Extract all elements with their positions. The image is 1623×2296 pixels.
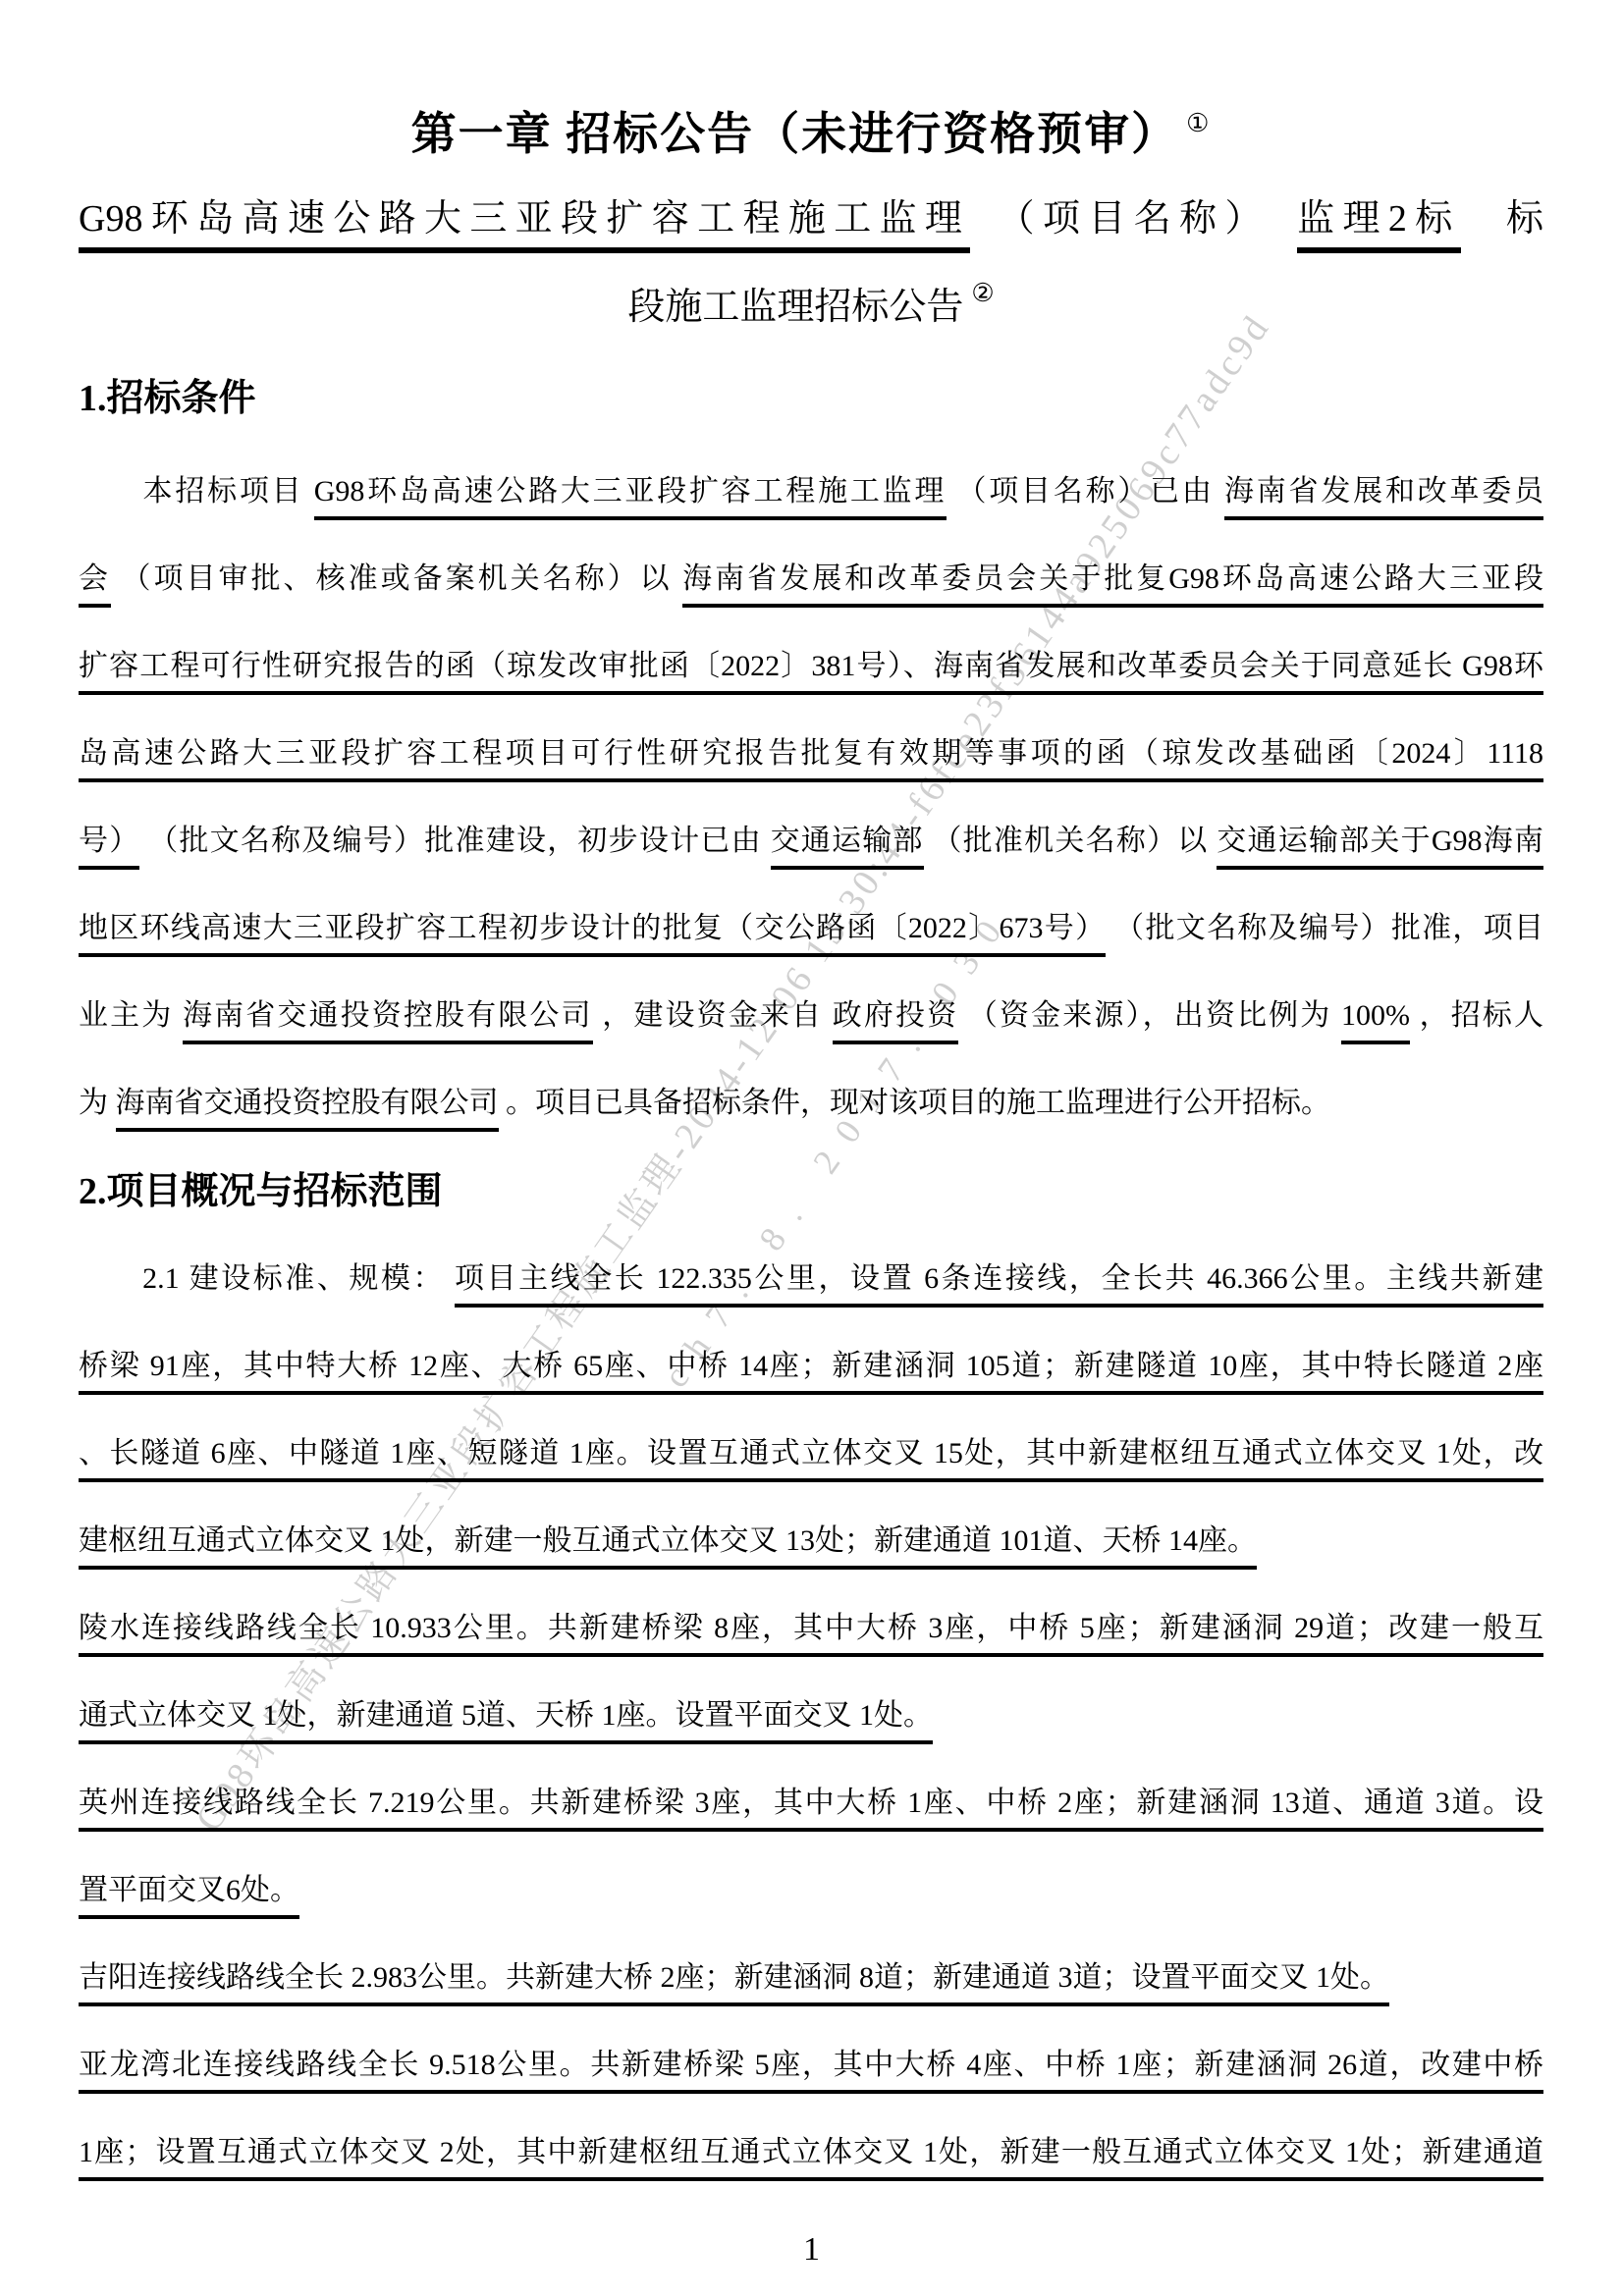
text-line: 通式立体交叉 1处，新建通道 5道、天桥 1座。设置平面交叉 1处。 — [79, 1694, 1543, 1782]
fill-in-value: 海南省发展和改革委员 — [1224, 475, 1543, 520]
text-line: 本招标项目 G98环岛高速公路大三亚段扩容工程施工监理 （项目名称）已由 海南省… — [79, 470, 1543, 558]
text-line: 置平面交叉6处。 — [79, 1869, 1543, 1956]
fill-in-value: 号） — [79, 825, 139, 870]
text-run: 本招标项目 — [79, 475, 314, 507]
fill-in-value: 海南省交通投资控股有限公司 — [183, 999, 593, 1044]
fill-in-value: 海南省交通投资控股有限公司 — [116, 1087, 499, 1132]
section-1-heading: 1.招标条件 — [79, 378, 1543, 419]
fill-in-value: 置平面交叉6处。 — [79, 1874, 299, 1919]
section-1-paragraph: 本招标项目 G98环岛高速公路大三亚段扩容工程施工监理 （项目名称）已由 海南省… — [79, 470, 1543, 1169]
text-line: 1座；设置互通式立体交叉 2处，其中新建枢纽互通式立体交叉 1处，新建一般互通式… — [79, 2131, 1543, 2218]
text-line: 地区环线高速大三亚段扩容工程初步设计的批复（交公路函〔2022〕673号） （批… — [79, 907, 1543, 994]
text-line: 英州连接线路线全长 7.219公里。共新建桥梁 3座，其中大桥 1座、中桥 2座… — [79, 1782, 1543, 1869]
text-line: 业主为 海南省交通投资控股有限公司 ，建设资金来自 政府投资 （资金来源），出资… — [79, 994, 1543, 1082]
text-run: ，招标人 — [1410, 999, 1543, 1032]
project-title-tail: 段施工监理招标公告② — [79, 268, 1543, 333]
text-line: 为 海南省交通投资控股有限公司 。项目已具备招标条件，现对该项目的施工监理进行公… — [79, 1082, 1543, 1169]
text-line: 建枢纽互通式立体交叉 1处，新建一般互通式立体交叉 13处；新建通道 101道、… — [79, 1520, 1543, 1607]
text-line: 扩容工程可行性研究报告的函（琼发改审批函〔2022〕381号）、海南省发展和改革… — [79, 645, 1543, 732]
footnote-ref-2: ② — [971, 279, 994, 307]
text-run: （项目名称） — [970, 198, 1297, 240]
fill-in-value: 1座；设置互通式立体交叉 2处，其中新建枢纽互通式立体交叉 1处，新建一般互通式… — [79, 2136, 1543, 2181]
fill-in-value: G98环岛高速公路大三亚段扩容工程施工监理 — [79, 198, 970, 253]
fill-in-value: 扩容工程可行性研究报告的函（琼发改审批函〔2022〕381号）、海南省发展和改革… — [79, 650, 1543, 695]
text-line: 吉阳连接线路线全长 2.983公里。共新建大桥 2座；新建涵洞 8道；新建通道 … — [79, 1956, 1543, 2044]
fill-in-value: 监理2标 — [1297, 198, 1460, 253]
fill-in-value: 海南省发展和改革委员会关于批复G98环岛高速公路大三亚段 — [682, 562, 1543, 608]
text-run: （项目名称）已由 — [947, 475, 1224, 507]
fill-in-value: 建枢纽互通式立体交叉 1处，新建一般互通式立体交叉 13处；新建通道 101道、… — [79, 1524, 1257, 1570]
document-page: G98环岛高速公路大三亚段扩容工程施工监理-2024-12-06 13:30:4… — [0, 0, 1623, 2296]
fill-in-value: 陵水连接线路线全长 10.933公里。共新建桥梁 8座，其中大桥 3座，中桥 5… — [79, 1612, 1543, 1657]
section-2-paragraph: 2.1 建设标准、规模： 项目主线全长 122.335公里，设置 6条连接线，全… — [79, 1257, 1543, 2218]
text-line: 亚龙湾北连接线路线全长 9.518公里。共新建桥梁 5座，其中大桥 4座、中桥 … — [79, 2044, 1543, 2131]
text-run: （批文名称及编号）批准，项目 — [1106, 912, 1543, 944]
section-2-heading: 2.项目概况与招标范围 — [79, 1171, 1543, 1212]
fill-in-value: 亚龙湾北连接线路线全长 9.518公里。共新建桥梁 5座，其中大桥 4座、中桥 … — [79, 2049, 1543, 2094]
text-run: 业主为 — [79, 999, 183, 1032]
fill-in-value: 通式立体交叉 1处，新建通道 5道、天桥 1座。设置平面交叉 1处。 — [79, 1699, 933, 1744]
text-run: （批文名称及编号）批准建设，初步设计已由 — [139, 825, 770, 857]
text-line: 桥梁 91座，其中特大桥 12座、大桥 65座、中桥 14座；新建涵洞 105道… — [79, 1345, 1543, 1432]
fill-in-value: 交通运输部 — [771, 825, 924, 870]
fill-in-value: 地区环线高速大三亚段扩容工程初步设计的批复（交公路函〔2022〕673号） — [79, 912, 1106, 957]
text-run: ，建设资金来自 — [593, 999, 833, 1032]
footnote-ref-1: ① — [1186, 109, 1211, 137]
text-line: 号） （批文名称及编号）批准建设，初步设计已由 交通运输部 （批准机关名称）以 … — [79, 820, 1543, 907]
text-run: （项目审批、核准或备案机关名称）以 — [111, 562, 682, 595]
text-run: （批准机关名称）以 — [924, 825, 1217, 857]
fill-in-value: 会 — [79, 562, 111, 608]
text-line: 2.1 建设标准、规模： 项目主线全长 122.335公里，设置 6条连接线，全… — [79, 1257, 1543, 1345]
chapter-title-text: 第一章 招标公告（未进行资格预审） — [411, 109, 1179, 159]
page-number: 1 — [0, 2231, 1623, 2269]
project-title-tail-text: 段施工监理招标公告 — [627, 287, 963, 328]
fill-in-value: 政府投资 — [833, 999, 959, 1044]
text-run: 为 — [79, 1087, 116, 1119]
text-run: 2.1 建设标准、规模： — [79, 1262, 455, 1295]
fill-in-value: 英州连接线路线全长 7.219公里。共新建桥梁 3座，其中大桥 1座、中桥 2座… — [79, 1787, 1543, 1832]
fill-in-value: 项目主线全长 122.335公里，设置 6条连接线，全长共 46.366公里。主… — [455, 1262, 1543, 1308]
fill-in-value: 100% — [1341, 999, 1410, 1044]
fill-in-value: G98环岛高速公路大三亚段扩容工程施工监理 — [314, 475, 947, 520]
fill-in-value: 吉阳连接线路线全长 2.983公里。共新建大桥 2座；新建涵洞 8道；新建通道 … — [79, 1961, 1389, 2006]
fill-in-value: 交通运输部关于G98海南 — [1217, 825, 1543, 870]
document-content: 第一章 招标公告（未进行资格预审）① G98环岛高速公路大三亚段扩容工程施工监理… — [79, 0, 1543, 2218]
text-run: （资金来源），出资比例为 — [958, 999, 1341, 1032]
text-line: 、长隧道 6座、中隧道 1座、短隧道 1座。设置互通式立体交叉 15处，其中新建… — [79, 1432, 1543, 1520]
fill-in-value: 、长隧道 6座、中隧道 1座、短隧道 1座。设置互通式立体交叉 15处，其中新建… — [79, 1437, 1543, 1482]
project-title-line: G98环岛高速公路大三亚段扩容工程施工监理 （项目名称） 监理2标 标 — [79, 193, 1543, 244]
text-run: 标 — [1461, 198, 1543, 240]
text-run: 。项目已具备招标条件，现对该项目的施工监理进行公开招标。 — [499, 1087, 1331, 1119]
fill-in-value: 岛高速公路大三亚段扩容工程项目可行性研究报告批复有效期等事项的函（琼发改基础函〔… — [79, 737, 1543, 782]
text-line: 陵水连接线路线全长 10.933公里。共新建桥梁 8座，其中大桥 3座，中桥 5… — [79, 1607, 1543, 1694]
fill-in-value: 桥梁 91座，其中特大桥 12座、大桥 65座、中桥 14座；新建涵洞 105道… — [79, 1350, 1543, 1395]
text-line: 会 （项目审批、核准或备案机关名称）以 海南省发展和改革委员会关于批复G98环岛… — [79, 558, 1543, 645]
text-line: 岛高速公路大三亚段扩容工程项目可行性研究报告批复有效期等事项的函（琼发改基础函〔… — [79, 732, 1543, 820]
chapter-title: 第一章 招标公告（未进行资格预审）① — [79, 94, 1543, 164]
